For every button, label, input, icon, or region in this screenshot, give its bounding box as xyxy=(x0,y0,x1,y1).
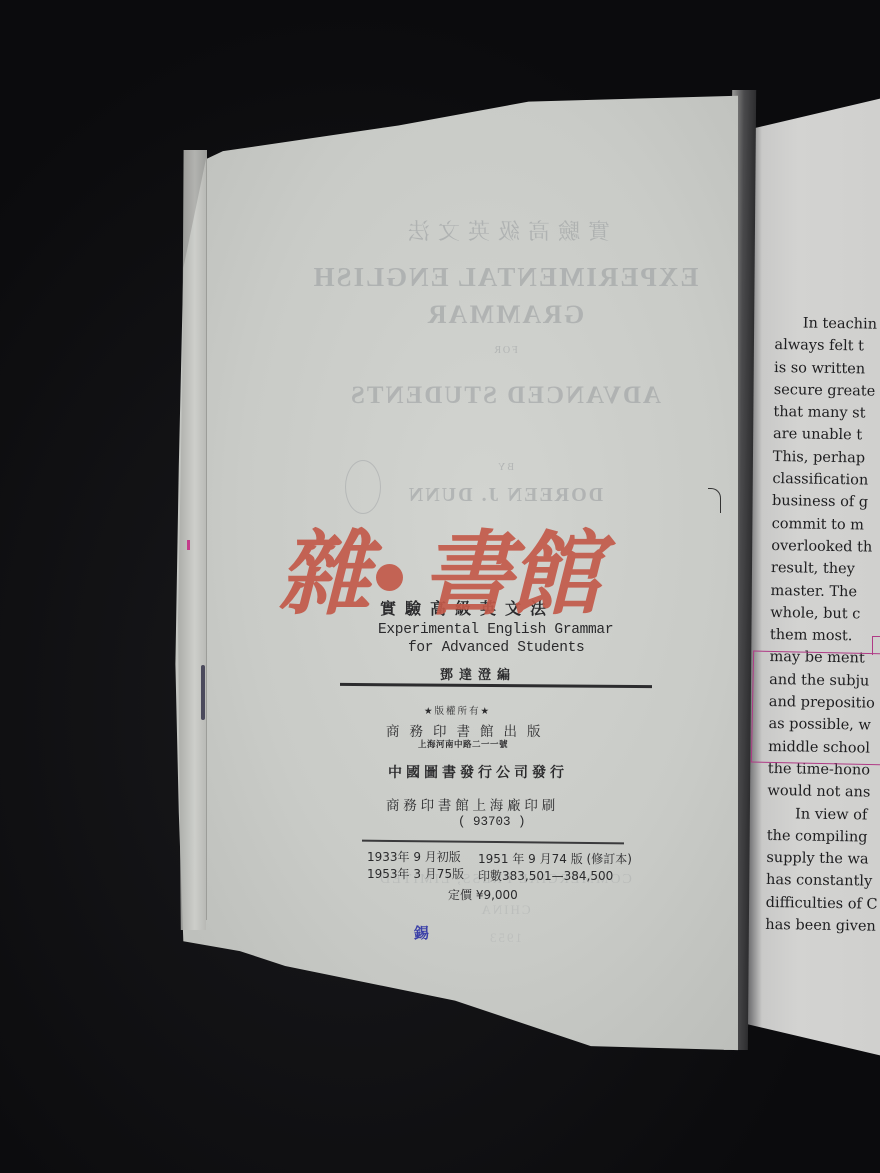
preface-line: difficulties of C xyxy=(766,892,880,916)
show-through-line: FOR xyxy=(280,345,730,356)
rights-notice: ★版權所有★ xyxy=(424,703,491,717)
price: 定價 ¥9,000 xyxy=(448,886,518,903)
preface-line: whole, but c xyxy=(770,602,880,626)
preface-line: would not ans xyxy=(767,780,880,804)
preface-line: is so written xyxy=(774,357,880,381)
show-through-line: 實驗高級英文法 xyxy=(280,215,730,246)
preface-line: classification xyxy=(772,468,880,492)
current-edition: 1953年 3 月75版 xyxy=(367,865,464,882)
publisher-address: 上海河南中路二一一號 xyxy=(418,738,508,750)
revised-edition: 1951 年 9 月74 版 (修訂本) xyxy=(478,850,632,867)
show-through-line: GRAMMAR xyxy=(280,300,730,330)
photo-scene: In teachin always felt t is so written s… xyxy=(0,0,880,1173)
preface-line: them most. xyxy=(770,624,880,648)
preface-line: result, they xyxy=(771,557,880,581)
preface-line: In view of xyxy=(767,802,880,826)
preface-line: the compiling xyxy=(767,825,880,849)
publisher: 商務印書館出版 xyxy=(386,720,551,740)
preface-line: commit to m xyxy=(771,513,880,537)
highlight-box xyxy=(751,651,880,766)
page-curl-mark xyxy=(708,488,721,513)
preface-text: In teachin always felt t is so written s… xyxy=(765,312,880,938)
catalog-code: ( 93703 ) xyxy=(458,815,526,829)
page-fold-line xyxy=(206,150,207,920)
title-english-line2: for Advanced Students xyxy=(408,640,584,656)
first-edition: 1933年 9 月初版 xyxy=(367,848,461,865)
preface-line: master. The xyxy=(770,580,880,604)
edge-pink-mark xyxy=(187,540,190,550)
preface-line: has been given xyxy=(765,914,880,938)
preface-line: always felt t xyxy=(774,334,880,358)
preface-line: are unable t xyxy=(773,423,880,447)
publisher-seal-show-through xyxy=(345,460,381,514)
author: 鄧達澄編 xyxy=(440,664,516,683)
preface-line: has constantly xyxy=(766,869,880,893)
watermark-chars-right: 書館 xyxy=(421,520,597,628)
preface-line: In teachin xyxy=(775,312,880,336)
edge-stain xyxy=(201,665,205,720)
preface-line: secure greate xyxy=(774,379,880,403)
print-run: 印數383,501—384,500 xyxy=(478,867,613,884)
preface-line: This, perhap xyxy=(773,446,880,470)
watermark-dot xyxy=(376,564,403,591)
page-stack-edge xyxy=(178,150,206,930)
show-through-line: CHINA xyxy=(280,902,730,918)
preface-line: business of g xyxy=(772,490,880,514)
red-watermark: 雜書館 xyxy=(278,528,618,638)
preface-line: supply the wa xyxy=(766,847,880,871)
preface-line: that many st xyxy=(773,401,880,425)
highlight-box-tab xyxy=(872,636,880,655)
preface-line: overlooked th xyxy=(771,535,880,559)
show-through-line: ADVANCED STUDENTS xyxy=(280,382,730,410)
show-through-line: EXPERIMENTAL ENGLISH xyxy=(280,262,730,293)
printer: 商務印書館上海廠印刷 xyxy=(386,794,559,814)
distributor: 中國圖書發行公司發行 xyxy=(388,762,568,782)
blue-ink-stamp: 錫 xyxy=(414,922,429,943)
watermark-char-left: 雜 xyxy=(278,520,366,628)
show-through-line: 1953 xyxy=(280,930,730,946)
